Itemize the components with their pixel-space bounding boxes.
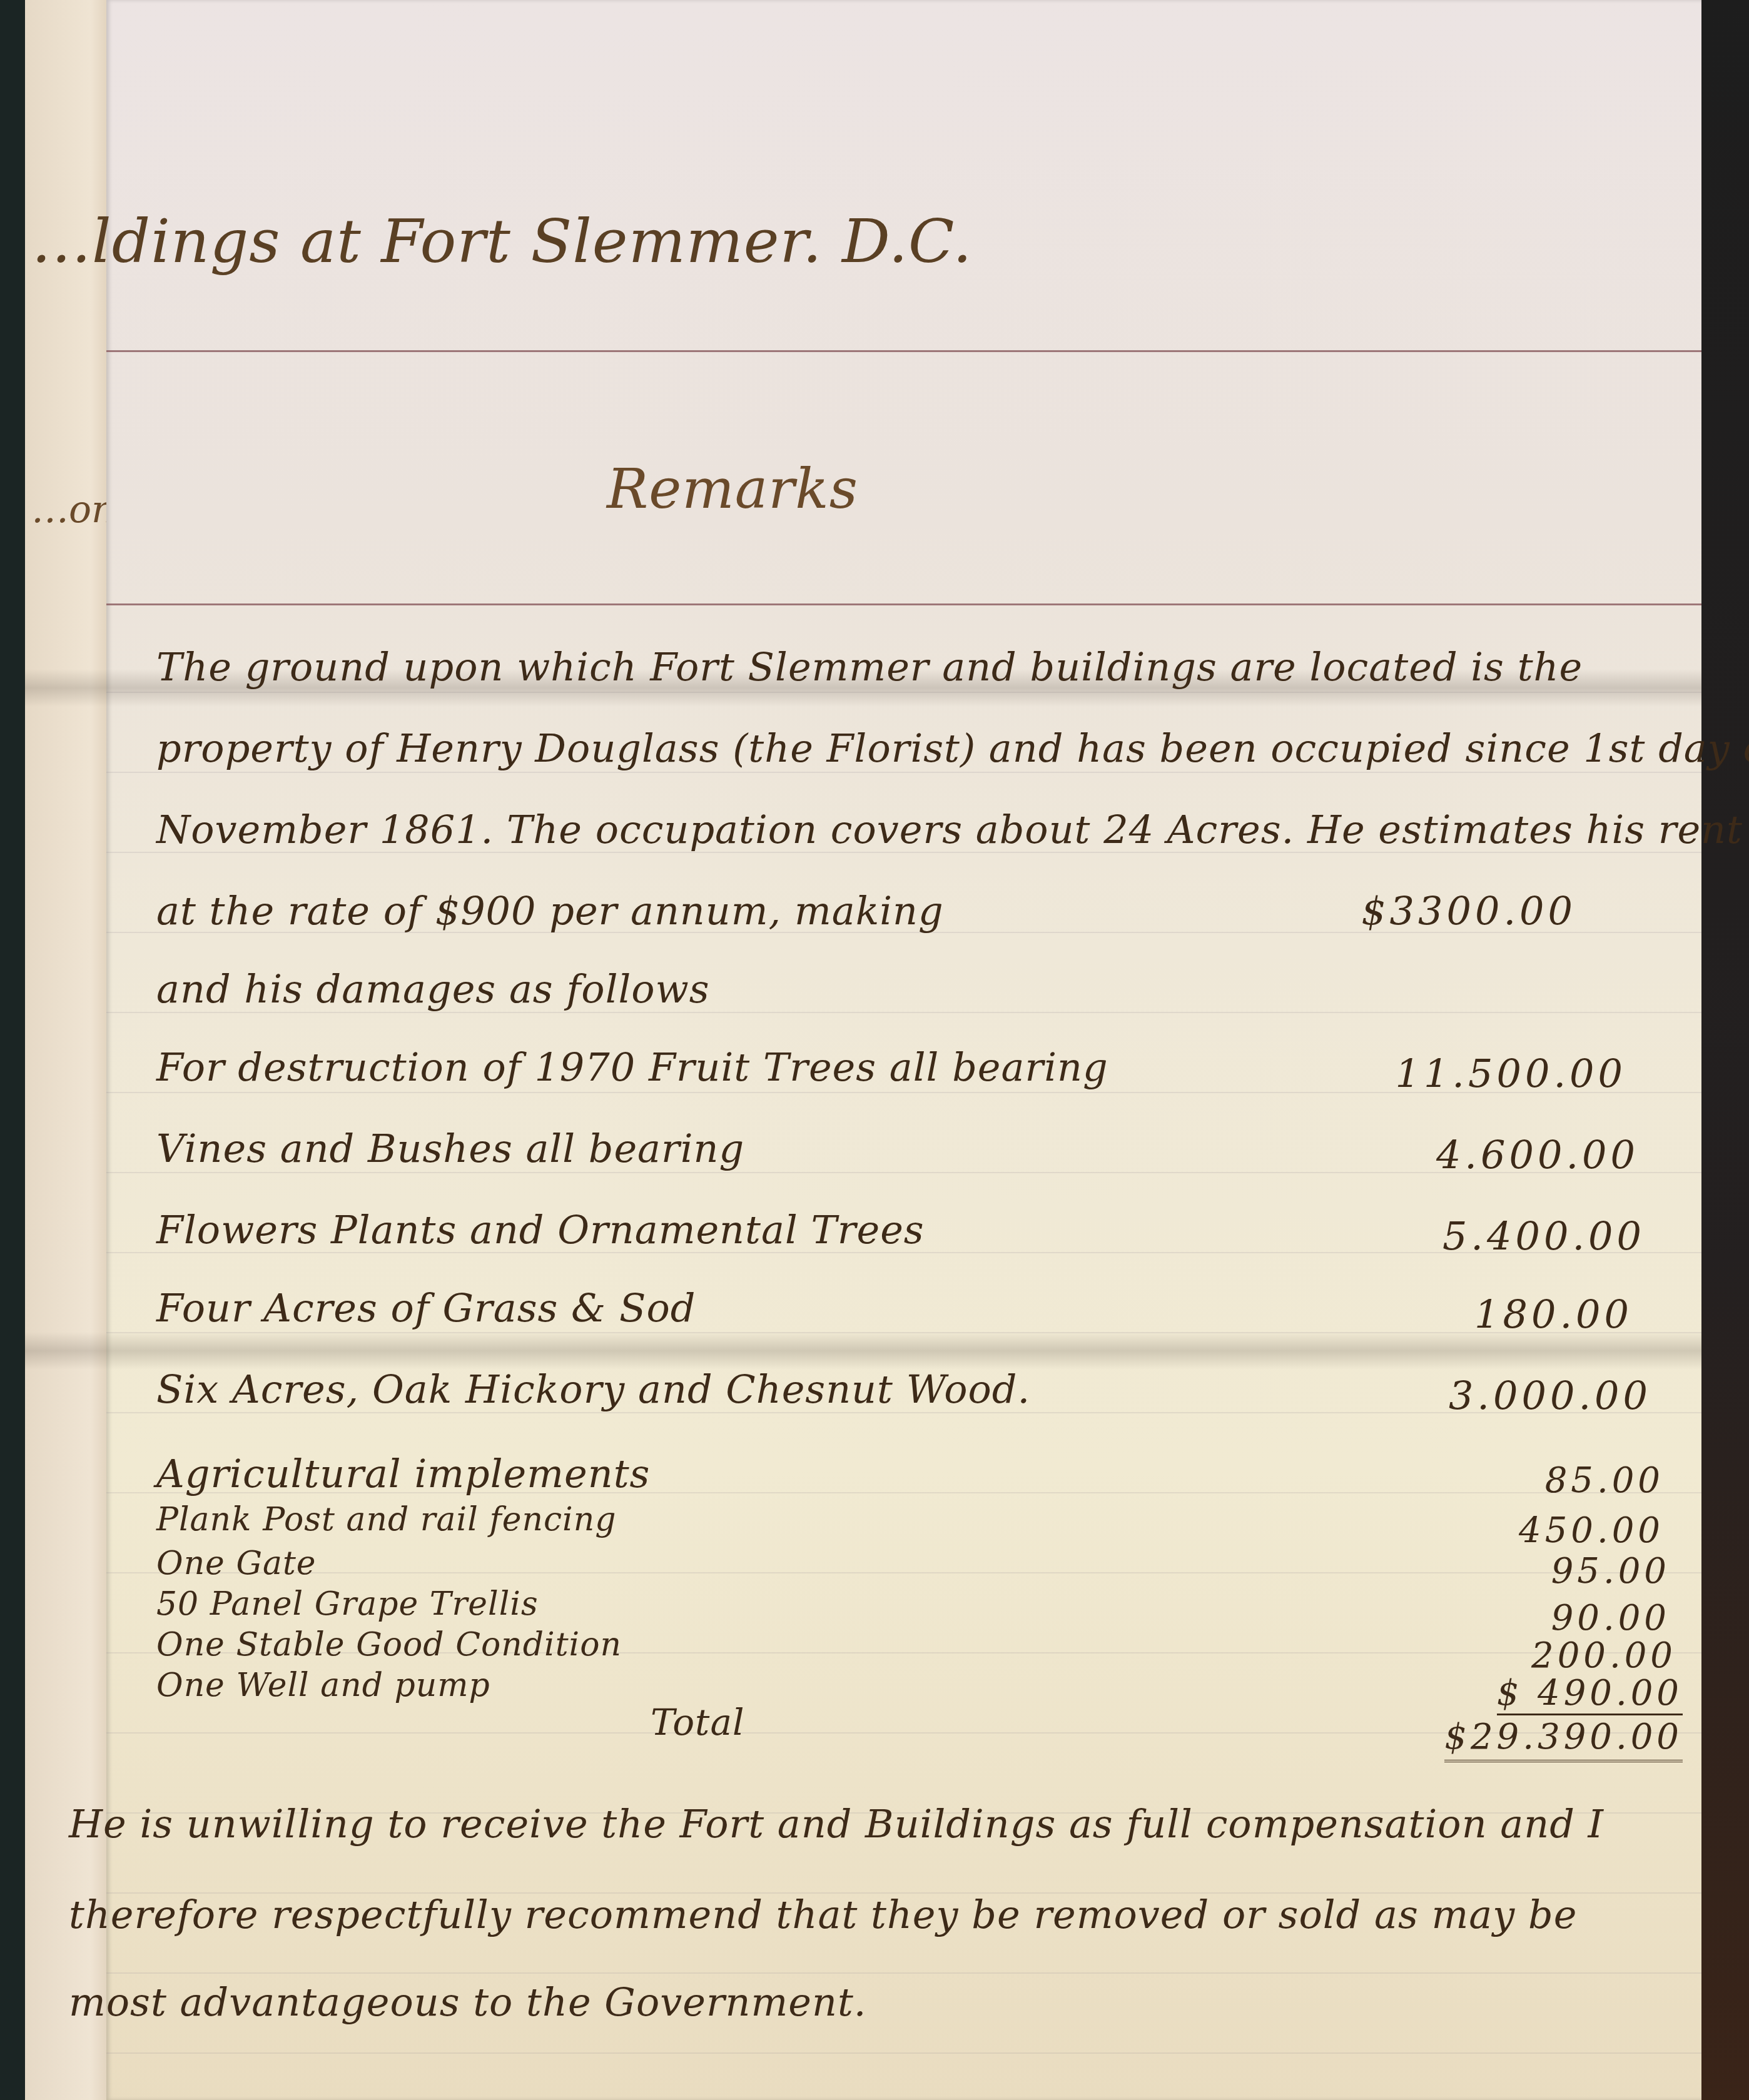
damage-item: One Gate	[156, 1545, 317, 1582]
header-rule-top	[106, 350, 1701, 352]
ledger-page: …ldings at Fort Slemmer. D.C. Remarks Th…	[106, 0, 1701, 2100]
margin-fragment: …on	[31, 488, 116, 532]
closing-line-3: most advantageous to the Government.	[69, 1979, 867, 2025]
damage-item: Six Acres, Oak Hickory and Chesnut Wood.	[156, 1366, 1030, 1412]
header-rule-bottom	[106, 603, 1701, 605]
damage-item: 50 Panel Grape Trellis	[156, 1585, 539, 1623]
damage-amount: 4.600.00	[1436, 1132, 1639, 1178]
section-heading: Remarks	[607, 457, 858, 521]
total-label: Total	[651, 1701, 745, 1744]
damage-amount: 11.500.00	[1395, 1051, 1626, 1096]
damage-amount: 3.000.00	[1449, 1373, 1651, 1418]
closing-line-1: He is unwilling to receive the Fort and …	[69, 1801, 1604, 1847]
intro-line-2: property of Henry Douglass (the Florist)…	[156, 725, 1749, 771]
damage-amount: 85.00	[1545, 1460, 1664, 1501]
damage-amount: 95.00	[1551, 1551, 1670, 1592]
intro-line-1: The ground upon which Fort Slemmer and b…	[156, 644, 1583, 690]
damage-item: Four Acres of Grass & Sod	[156, 1285, 696, 1331]
damage-item: One Stable Good Condition	[156, 1626, 622, 1663]
damage-amount: 200.00	[1531, 1635, 1676, 1676]
damage-item: Agricultural implements	[156, 1451, 650, 1497]
damage-item: Plank Post and rail fencing	[156, 1501, 616, 1538]
rent-amount: $3300.00	[1361, 888, 1576, 934]
intro-line-5: and his damages as follows	[156, 966, 710, 1012]
previous-page-strip: …on	[25, 0, 119, 2100]
paper-fold	[25, 1332, 1701, 1370]
damage-amount: 450.00	[1519, 1510, 1664, 1551]
closing-line-2: therefore respectfully recommend that th…	[69, 1892, 1577, 1937]
damage-amount: $ 490.00	[1497, 1673, 1683, 1715]
damage-item: For destruction of 1970 Fruit Trees all …	[156, 1044, 1108, 1090]
damage-amount: 5.400.00	[1442, 1213, 1645, 1259]
damage-item: Flowers Plants and Ornamental Trees	[156, 1207, 925, 1253]
damage-amount: 90.00	[1551, 1598, 1670, 1638]
total-amount: $29.390.00	[1444, 1717, 1683, 1762]
damage-item: Vines and Bushes all bearing	[156, 1126, 744, 1171]
page-title: …ldings at Fort Slemmer. D.C.	[31, 206, 973, 276]
damage-amount: 180.00	[1474, 1291, 1633, 1337]
intro-line-4: at the rate of $900 per annum, making	[156, 888, 944, 934]
damage-item: One Well and pump	[156, 1667, 490, 1704]
intro-line-3: November 1861. The occupation covers abo…	[156, 807, 1743, 852]
